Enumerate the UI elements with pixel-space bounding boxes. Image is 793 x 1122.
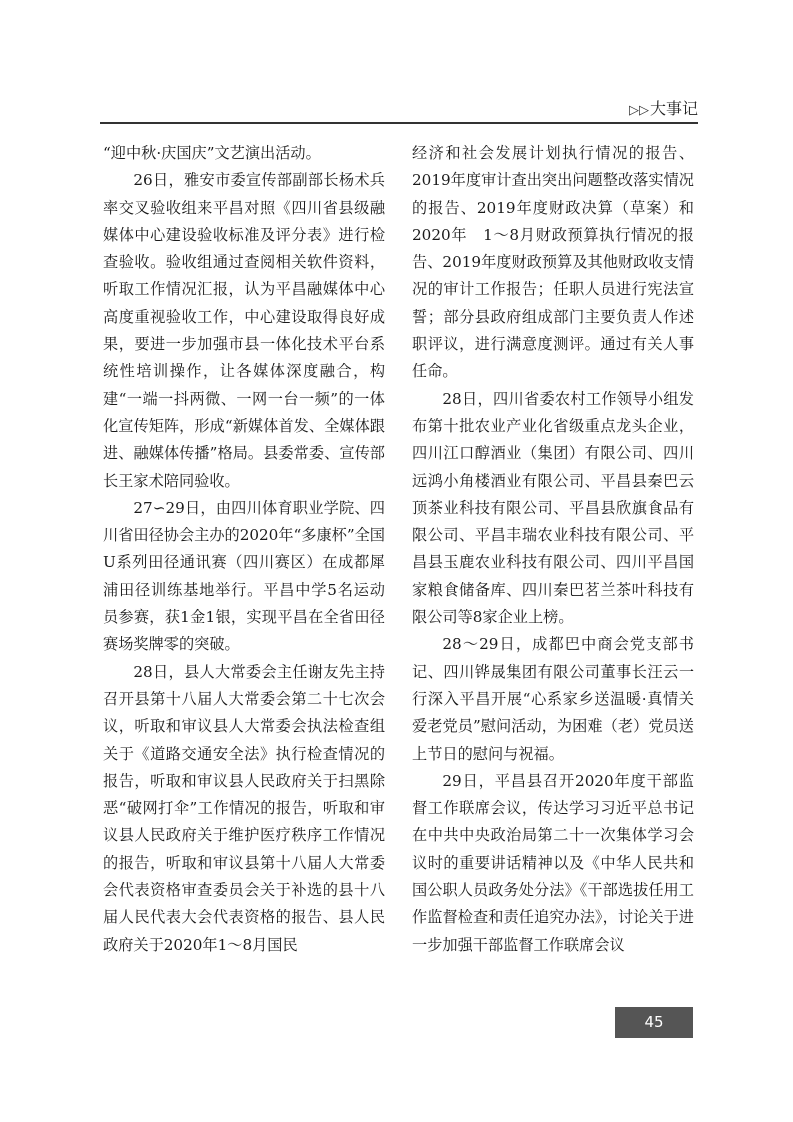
double-triangle-icon: ▷▷	[629, 103, 649, 118]
left-column: “迎中秋·庆国庆”文艺演出活动。 26日，雅安市委宣传部副部长杨术兵率交叉验收组…	[103, 140, 385, 959]
paragraph-continuation: “迎中秋·庆国庆”文艺演出活动。	[103, 140, 385, 167]
entry-paragraph: 29日，平昌县召开2020年度干部监督工作联席会议，传达学习习近平总书记在中共中…	[412, 768, 694, 959]
entry-paragraph: 26日，雅安市委宣传部副部长杨术兵率交叉验收组来平昌对照《四川省县级融媒体中心建…	[103, 167, 385, 495]
running-header: ▷▷大事记	[100, 92, 698, 124]
page-number-box: 45	[615, 1007, 693, 1038]
entry-paragraph: 27∽29日，由四川体育职业学院、四川省田径协会主办的2020年“多康杯”全国U…	[103, 495, 385, 659]
right-column: 经济和社会发展计划执行情况的报告、2019年度审计查出突出问题整改落实情况的报告…	[412, 140, 694, 959]
paragraph-continuation: 经济和社会发展计划执行情况的报告、2019年度审计查出突出问题整改落实情况的报告…	[412, 140, 694, 386]
section-title: ▷▷大事记	[629, 96, 698, 119]
entry-paragraph: 28日，四川省委农村工作领导小组发布第十批农业产业化省级重点龙头企业，四川江口醇…	[412, 386, 694, 632]
entry-paragraph: 28日，县人大常委会主任谢友先主持召开县第十八届人大常委会第二十七次会议，听取和…	[103, 659, 385, 959]
section-title-text: 大事记	[650, 99, 698, 118]
entry-paragraph: 28～29日，成都巴中商会党支部书记、四川铧晟集团有限公司董事长汪云一行深入平昌…	[412, 631, 694, 767]
